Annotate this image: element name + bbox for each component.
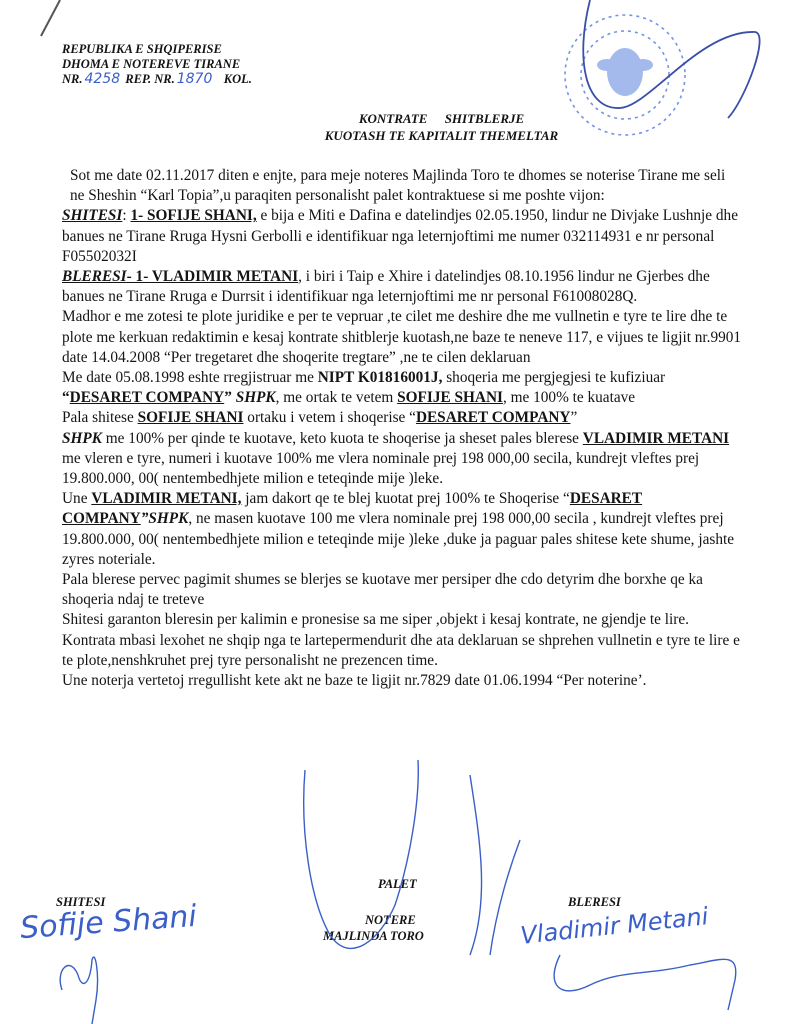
buyer-name: - 1- VLADIMIR METANI	[127, 268, 299, 285]
buyer-paragraph: BLERESI- 1- VLADIMIR METANI, i biri i Ta…	[62, 267, 742, 307]
obligations-paragraph: Pala blerese pervec pagimit shumes se bl…	[62, 570, 742, 610]
contract-title: KONTRATE SHITBLERJE	[0, 110, 793, 127]
contract-subtitle: KUOTASH TE KAPITALIT THEMELTAR	[0, 127, 793, 144]
certification-paragraph: Une noterja vertetoj rregullisht kete ak…	[62, 671, 742, 691]
guarantee-paragraph: Shitesi garanton bleresin per kalimin e …	[62, 610, 742, 630]
intro-paragraph: Sot me date 02.11.2017 diten e enjte, pa…	[62, 166, 742, 206]
reading-paragraph: Kontrata mbasi lexohet ne shqip nga te l…	[62, 631, 742, 671]
handwritten-rep-nr: 1870	[177, 71, 213, 87]
header-chamber: DHOMA E NOTEREVE TIRANE	[62, 57, 252, 72]
document-header: REPUBLIKA E SHQIPERISE DHOMA E NOTEREVE …	[62, 42, 252, 87]
sale-paragraph: Pala shitese SOFIJE SHANI ortaku i vetem…	[62, 408, 742, 489]
seller-signature: Sofije Shani	[19, 899, 198, 946]
handwritten-nr: 4258	[85, 71, 121, 87]
company-name: DESARET COMPANY	[70, 389, 225, 406]
header-register-line: NR.4258 REP. NR.1870 KOL.	[62, 72, 252, 87]
nipt-number: NIPT K01816001J,	[318, 369, 443, 386]
capacity-paragraph: Madhor e me zotesi te plote juridike e p…	[62, 307, 742, 368]
buyer-signature-label: BLERESI	[568, 895, 621, 910]
seller-name: 1- SOFIJE SHANI,	[130, 207, 256, 224]
notary-label: NOTERE	[365, 913, 416, 928]
header-republic: REPUBLIKA E SHQIPERISE	[62, 42, 252, 57]
acceptance-paragraph: Une VLADIMIR METANI, jam dakort qe te bl…	[62, 489, 742, 570]
notary-name: MAJLINDA TORO	[323, 929, 424, 944]
seller-paragraph: SHITESI: 1- SOFIJE SHANI, e bija e Miti …	[62, 206, 742, 267]
contract-body: Sot me date 02.11.2017 diten e enjte, pa…	[62, 166, 742, 691]
stamp-pen-stroke	[583, 0, 759, 118]
parties-label: PALET	[378, 877, 417, 892]
registration-paragraph: Me date 05.08.1998 eshte rregjistruar me…	[62, 368, 742, 408]
